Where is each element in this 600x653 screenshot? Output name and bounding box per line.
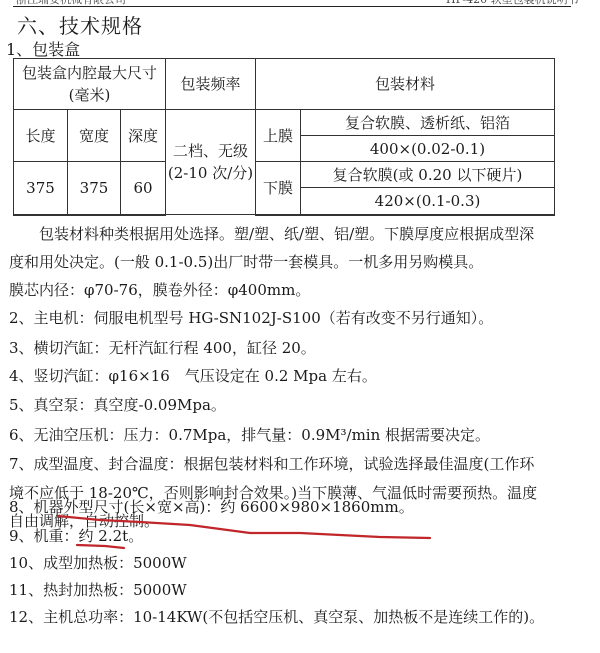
header-frequency: 包装频率 xyxy=(166,59,256,110)
length-value: 375 xyxy=(14,162,68,215)
depth-value: 60 xyxy=(121,162,166,215)
header-divider xyxy=(13,6,571,7)
paragraph-material-note-1: 包装材料种类根据用处选择。塑/塑、纸/塑、铝/塑。下膜厚度应根据成型深 xyxy=(9,224,534,244)
spec-item-5: 5、真空泵：真空度-0.09Mpa。 xyxy=(9,395,226,415)
header-cavity-label: 包装盒内腔最大尺寸 xyxy=(14,62,165,84)
section-title: 六、技术规格 xyxy=(17,10,143,39)
frequency-line1: 二档、无级 xyxy=(166,140,255,162)
spec-item-11: 11、热封加热板：5000W xyxy=(9,580,187,600)
upper-film-label: 上膜 xyxy=(256,110,301,162)
spec-item-2: 2、主电机：伺服电机型号 HG-SN102J-S100（若有改变不另行通知）。 xyxy=(9,308,493,328)
spec-item-9: 9、机重：约 2.2t。 xyxy=(9,526,143,546)
spec-item-8: 8、机器外型尺寸(长×宽×高)：约 6600×980×1860mm。 xyxy=(9,497,414,517)
spec-item-6: 6、无油空压机：压力：0.7Mpa，排气量：0.9M³/min 根据需要决定。 xyxy=(9,425,490,445)
upper-film-size: 400×(0.02-0.1) xyxy=(301,136,555,162)
col-depth: 深度 xyxy=(121,110,166,162)
lower-film-label: 下膜 xyxy=(256,162,301,215)
col-length: 长度 xyxy=(14,110,68,162)
spec-item-10: 10、成型加热板：5000W xyxy=(9,553,187,573)
header-cavity-size: 包装盒内腔最大尺寸 (毫米) xyxy=(14,59,166,110)
width-value: 375 xyxy=(68,162,121,215)
frequency-value: 二档、无级 (2-10 次/分) xyxy=(166,110,256,215)
lower-film-size: 420×(0.1-0.3) xyxy=(301,188,555,215)
spec-item-3: 3、横切汽缸：无杆汽缸行程 400，缸径 20。 xyxy=(9,338,316,358)
header-material: 包装材料 xyxy=(256,59,555,110)
spec-item-12: 12、主机总功率：10-14KW(不包括空压机、真空泵、加热板不是连续工作的)。 xyxy=(9,607,544,627)
col-width: 宽度 xyxy=(68,110,121,162)
subsection-title: 1、包装盒 xyxy=(6,37,80,60)
spec-item-7-line1: 7、成型温度、封合温度：根据包装材料和工作环境，试验选择最佳温度(工作环 xyxy=(9,454,534,474)
paragraph-film-core: 膜芯内径：φ70-76，膜卷外径：φ400mm。 xyxy=(9,280,310,300)
packaging-box-spec-table: 包装盒内腔最大尺寸 (毫米) 包装频率 包装材料 长度 宽度 深度 二档、无级 … xyxy=(13,58,555,216)
spec-item-4: 4、竖切汽缸：φ16×16 气压设定在 0.2 Mpa 左右。 xyxy=(9,366,377,386)
header-cavity-unit: (毫米) xyxy=(14,84,165,106)
paragraph-material-note-2: 度和用处决定。(一般 0.1-0.5)出厂时带一套模具。一机多用另购模具。 xyxy=(9,252,483,272)
frequency-line2: (2-10 次/分) xyxy=(166,162,255,184)
upper-film-material: 复合软膜、透析纸、铝箔 xyxy=(301,110,555,136)
lower-film-material: 复合软膜(或 0.20 以下硬片) xyxy=(301,162,555,188)
